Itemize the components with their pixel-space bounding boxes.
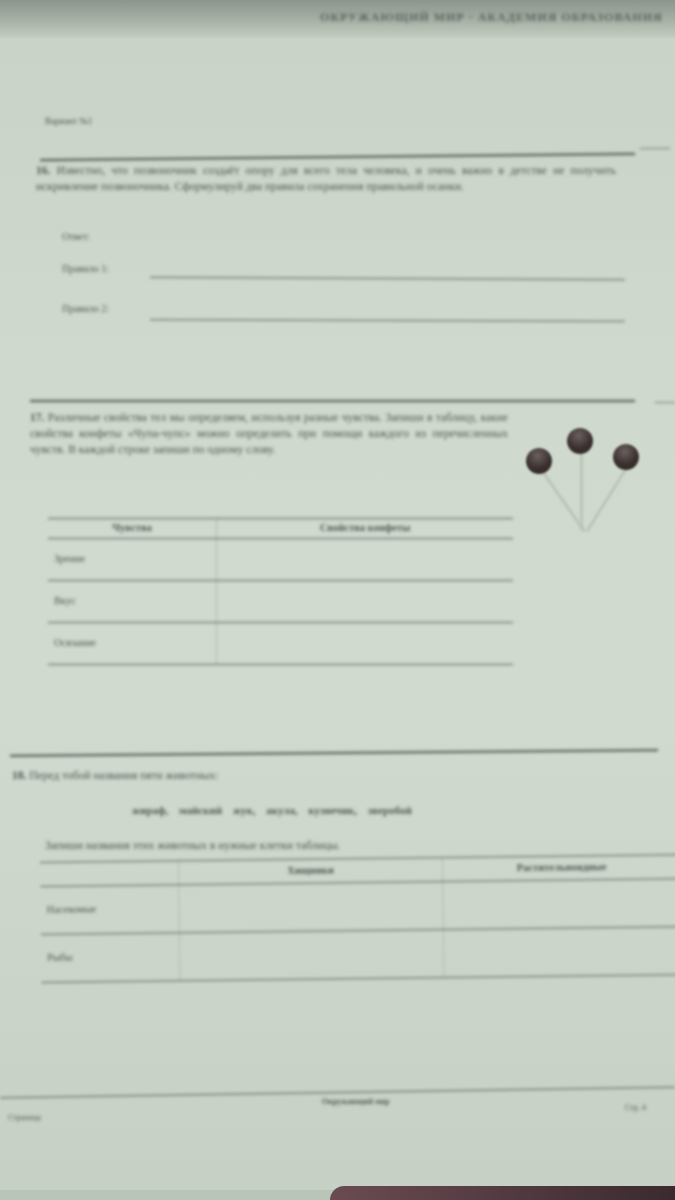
question-text: Различные свойства тел мы определяем, ис… — [30, 412, 508, 456]
lollipop-stick — [540, 469, 585, 532]
group-cell: Насекомые — [40, 885, 179, 935]
lollipop-icon — [526, 448, 552, 474]
predators-cell[interactable] — [179, 930, 444, 981]
column-header: Свойства конфеты — [217, 519, 514, 539]
lollipop-icon — [567, 428, 593, 454]
herbivores-cell[interactable] — [443, 927, 675, 978]
footer-left: Страница — [8, 1113, 41, 1122]
table-row: Вкус — [48, 581, 513, 623]
question-17: 17. Различные свойства тел мы определяем… — [30, 410, 508, 458]
question-number: 16. — [36, 165, 50, 177]
table-row: Насекомые — [40, 879, 675, 935]
rule-2-answer-line[interactable] — [150, 319, 625, 322]
column-header: Чувства — [48, 519, 217, 539]
question-18: 18. Перед тобой названия пяти животных: — [12, 768, 572, 784]
divider — [40, 153, 635, 161]
column-header: Растительноядные — [442, 855, 675, 882]
animal-list: жираф, майский жук, акула, кузнечик, зве… — [132, 805, 412, 817]
rule-2-label: Правило 2: — [62, 304, 109, 315]
column-header — [40, 861, 179, 887]
lollipop-stick — [580, 452, 583, 530]
sense-cell: Осязание — [48, 623, 217, 665]
table-row: Осязание — [48, 623, 513, 665]
footer-right: Стр. 4 — [625, 1103, 646, 1112]
footer-center: Окружающий мир — [322, 1097, 389, 1106]
question-text: Известно, что позвоночник создаёт опору … — [36, 165, 616, 193]
question-18-instruction: Запиши названия этих животных в нужные к… — [45, 838, 605, 854]
group-cell: Рыбы — [41, 933, 180, 983]
lollipop-icon — [613, 444, 639, 470]
column-header: Хищники — [178, 858, 442, 885]
animals-table: Хищники Растительноядные Насекомые Рыбы — [40, 854, 675, 983]
divider — [30, 400, 635, 402]
table-row: Зрение — [48, 539, 513, 581]
senses-table: Чувства Свойства конфеты Зрение Вкус Ося… — [48, 518, 513, 665]
table-row: Рыбы — [41, 927, 675, 983]
table-surface-edge — [330, 1186, 675, 1200]
rule-1-label: Правило 1: — [62, 264, 109, 275]
margin-mark — [655, 402, 675, 403]
rule-1-answer-line[interactable] — [150, 277, 625, 280]
variant-label: Вариант №1 — [45, 116, 92, 126]
predators-cell[interactable] — [179, 882, 444, 933]
lollipop-stick — [585, 467, 627, 532]
herbivores-cell[interactable] — [443, 879, 675, 930]
question-number: 17. — [30, 412, 44, 424]
worksheet-page: Окружающий мир · Академия образования Ва… — [0, 0, 675, 1190]
answer-label: Ответ: — [62, 232, 90, 243]
sense-cell: Зрение — [48, 539, 217, 581]
question-16: 16. Известно, что позвоночник создаёт оп… — [36, 163, 616, 195]
divider — [10, 749, 658, 757]
property-cell[interactable] — [217, 623, 514, 665]
property-cell[interactable] — [217, 539, 514, 581]
question-text: Перед тобой названия пяти животных: — [29, 770, 218, 782]
running-header: Окружающий мир · Академия образования — [320, 10, 663, 25]
question-number: 18. — [12, 770, 26, 782]
margin-mark — [640, 148, 670, 149]
sense-cell: Вкус — [48, 581, 217, 623]
property-cell[interactable] — [217, 581, 514, 623]
